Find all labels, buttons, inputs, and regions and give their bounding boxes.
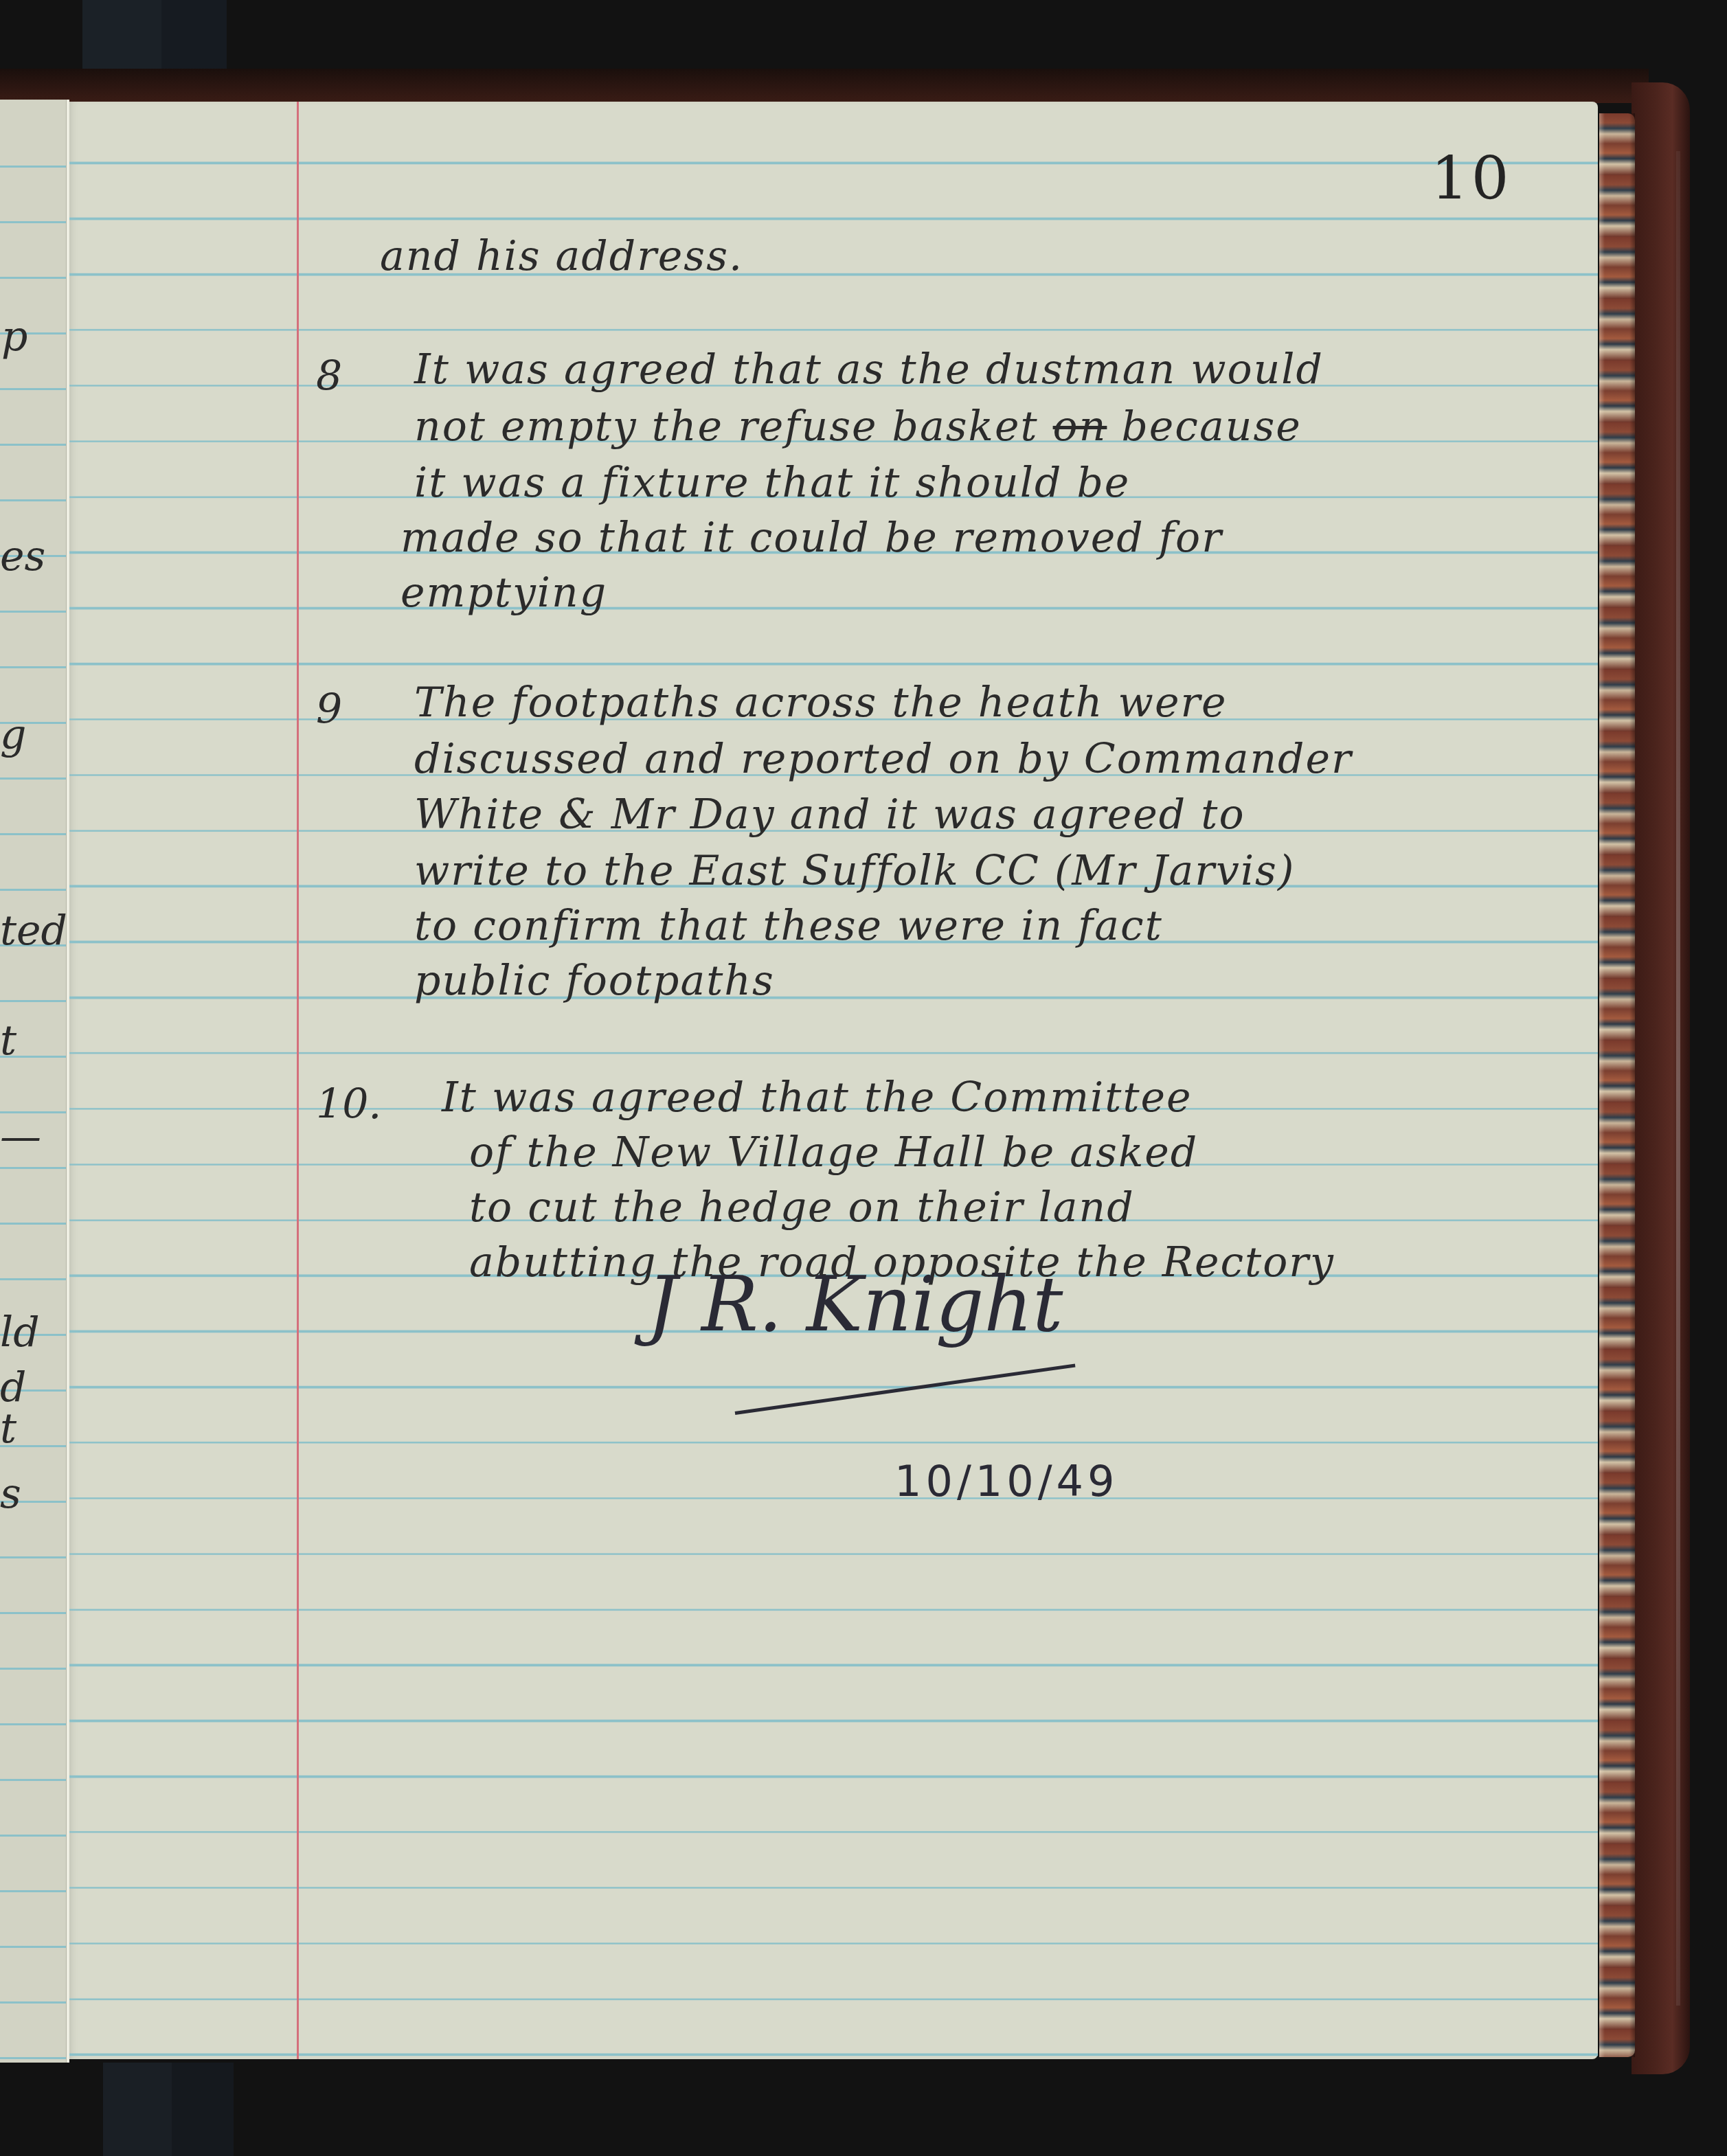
- item-number: 10.: [316, 1080, 381, 1128]
- leather-binding-right: [1632, 82, 1690, 2074]
- left-page-ruling: [0, 100, 67, 2063]
- item-9-line-1: The footpaths across the heath were: [414, 679, 1228, 727]
- item-8-line-5: emptying: [400, 569, 607, 617]
- left-page-fragment: ted: [0, 907, 67, 955]
- struck-word: on: [1053, 402, 1107, 451]
- left-page-fragment: s: [0, 1470, 21, 1518]
- marbled-page-edge: [1599, 113, 1635, 2057]
- item-8-line-2: not empty the refuse basket on because: [414, 402, 1302, 451]
- item-8-line-4: made so that it could be removed for: [400, 514, 1223, 562]
- left-page-fragment: t: [0, 1405, 16, 1453]
- red-margin-line: [297, 102, 299, 2059]
- item-8-line-3: it was a fixture that it should be: [414, 459, 1130, 507]
- item-10-line-2: of the New Village Hall be asked: [469, 1128, 1198, 1177]
- left-page-fragment: g: [0, 711, 26, 759]
- item-10-line-1: It was agreed that the Committee: [442, 1074, 1193, 1122]
- item-9-line-2: discussed and reported on by Commander: [414, 735, 1353, 783]
- background-strip: [172, 2063, 234, 2156]
- item-8-line-2-end: because: [1121, 402, 1301, 451]
- left-page-fragment: es: [0, 532, 45, 580]
- item-8-line-1: It was agreed that as the dustman would: [414, 345, 1324, 394]
- signature: J R. Knight: [647, 1260, 1063, 1348]
- left-page-fragment: p: [1, 313, 27, 361]
- item-8-line-2-text: not empty the refuse basket: [414, 402, 1039, 451]
- item-9-line-4: write to the East Suffolk CC (Mr Jarvis): [414, 847, 1295, 895]
- item-9-line-6: public footpaths: [414, 957, 775, 1005]
- left-page-fragment: t: [0, 1017, 16, 1065]
- item-9-line-3: White & Mr Day and it was agreed to: [414, 791, 1245, 839]
- page-gutter: [66, 100, 69, 2063]
- item-9-line-5: to confirm that these were in fact: [414, 902, 1163, 950]
- item-number: 9: [316, 685, 342, 734]
- leather-binding-top: [0, 69, 1649, 103]
- notebook-page: 10 and his address. 8 It was agreed that…: [67, 102, 1598, 2059]
- left-page-fragment: ld: [0, 1308, 40, 1357]
- signature-date: 10/10/49: [894, 1456, 1118, 1506]
- continuation-text: and his address.: [380, 232, 743, 280]
- item-10-line-3: to cut the hedge on their land: [469, 1183, 1135, 1232]
- leather-highlight: [1676, 151, 1680, 2006]
- item-number: 8: [316, 352, 342, 400]
- page-number: 10: [1431, 144, 1511, 213]
- left-page-fragment: —: [0, 1113, 41, 1161]
